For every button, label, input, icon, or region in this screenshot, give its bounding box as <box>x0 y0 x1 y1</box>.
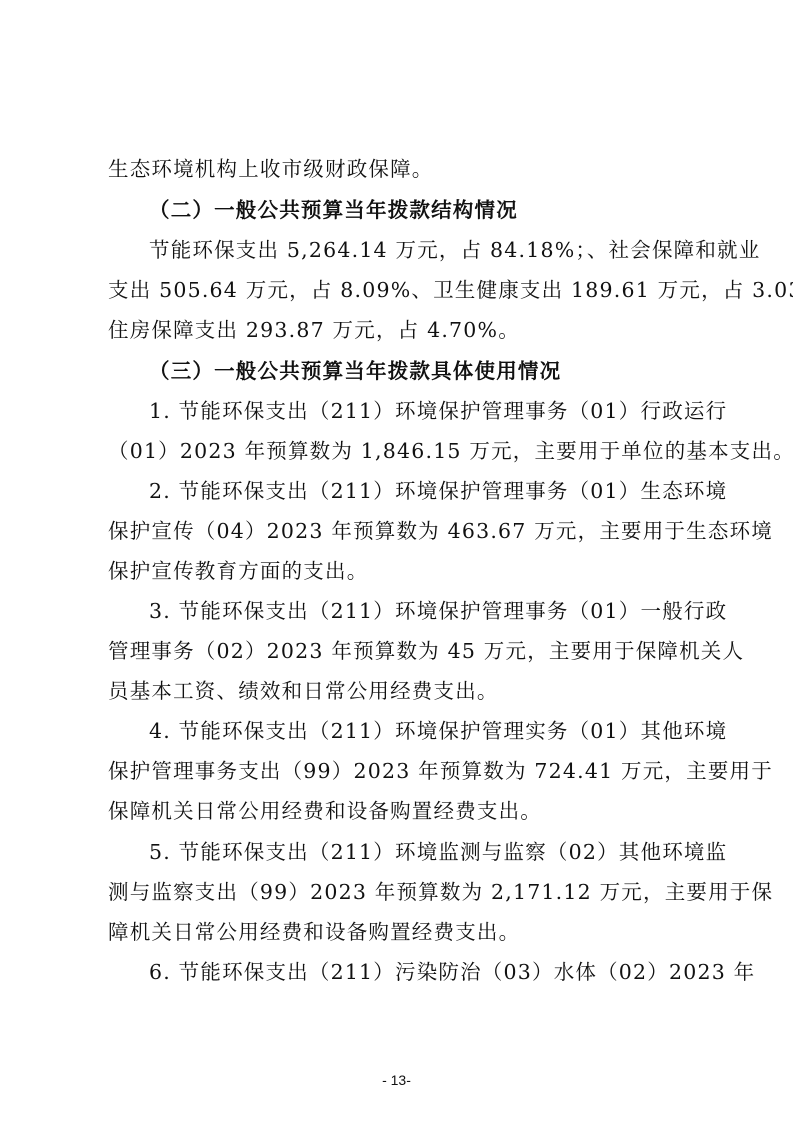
list-item-2-line: 2. 节能环保支出（211）环境保护管理事务（01）生态环境 <box>149 477 729 505</box>
list-item-2-line: 保护宣传（04）2023 年预算数为 463.67 万元，主要用于生态环境 <box>108 517 688 545</box>
list-item-5-line: 测与监察支出（99）2023 年预算数为 2,171.12 万元，主要用于保 <box>108 878 688 906</box>
list-item-6-line: 6. 节能环保支出（211）污染防治（03）水体（02）2023 年 <box>149 958 729 986</box>
list-item-1-line: 1. 节能环保支出（211）环境保护管理事务（01）行政运行 <box>149 397 729 425</box>
list-item-4-line: 4. 节能环保支出（211）环境保护管理实务（01）其他环境 <box>149 717 729 745</box>
list-item-3-line: 管理事务（02）2023 年预算数为 45 万元，主要用于保障机关人 <box>108 637 688 665</box>
list-item-1-line: （01）2023 年预算数为 1,846.15 万元，主要用于单位的基本支出。 <box>108 437 688 465</box>
document-page: 生态环境机构上收市级财政保障。 （二）一般公共预算当年拨款结构情况 节能环保支出… <box>0 0 793 1122</box>
page-number: - 13- <box>0 1072 793 1088</box>
list-item-5-line: 障机关日常公用经费和设备购置经费支出。 <box>108 918 688 946</box>
paragraph-line: 住房保障支出 293.87 万元，占 4.70%。 <box>108 316 688 344</box>
list-item-4-line: 保障机关日常公用经费和设备购置经费支出。 <box>108 797 688 825</box>
paragraph-line: 节能环保支出 5,264.14 万元，占 84.18%；、社会保障和就业 <box>149 236 729 264</box>
list-item-5-line: 5. 节能环保支出（211）环境监测与监察（02）其他环境监 <box>149 838 729 866</box>
paragraph-line: 支出 505.64 万元，占 8.09%、卫生健康支出 189.61 万元，占 … <box>108 276 688 304</box>
list-item-3-line: 3. 节能环保支出（211）环境保护管理事务（01）一般行政 <box>149 597 729 625</box>
list-item-2-line: 保护宣传教育方面的支出。 <box>108 557 688 585</box>
list-item-3-line: 员基本工资、绩效和日常公用经费支出。 <box>108 677 688 705</box>
section-heading-3: （三）一般公共预算当年拨款具体使用情况 <box>149 357 729 385</box>
section-heading-2: （二）一般公共预算当年拨款结构情况 <box>149 196 729 224</box>
paragraph-line: 生态环境机构上收市级财政保障。 <box>108 155 688 183</box>
list-item-4-line: 保护管理事务支出（99）2023 年预算数为 724.41 万元，主要用于 <box>108 757 688 785</box>
